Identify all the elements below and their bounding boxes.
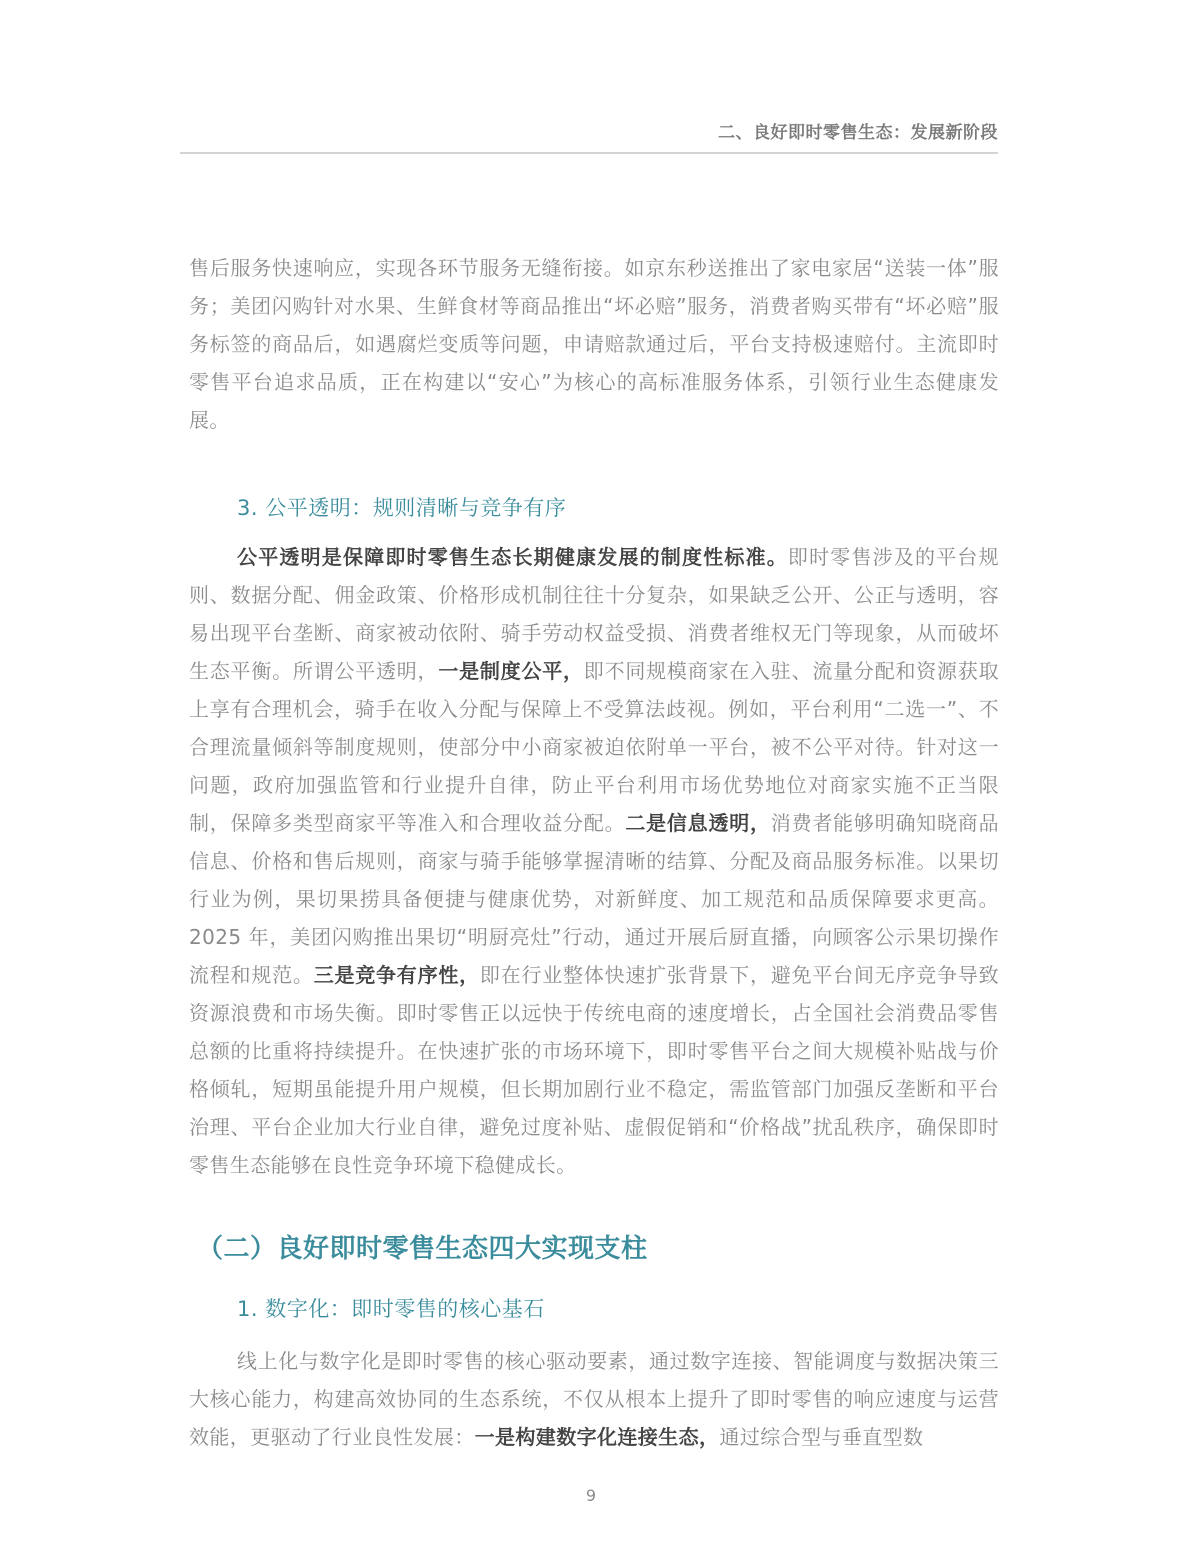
bold-lead-sentence: 公平透明是保障即时零售生态长期健康发展的制度性标准。	[237, 545, 788, 569]
paragraph-after-sales: 售后服务快速响应，实现各环节服务无缝衔接。如京东秒送推出了家电家居“送装一体”服…	[189, 249, 999, 439]
page-number: 9	[0, 1486, 1182, 1505]
paragraph-fairness: 公平透明是保障即时零售生态长期健康发展的制度性标准。即时零售涉及的平台规则、数据…	[189, 538, 999, 1184]
bold-point-one: 一是制度公平，	[438, 659, 583, 683]
header-divider	[180, 152, 998, 154]
bold-point-two: 二是信息透明，	[625, 811, 770, 835]
paragraph-text: 即不同规模商家在入驻、流量分配和资源获取上享有合理机会，骑手在收入分配与保障上不…	[189, 659, 999, 835]
bold-point-one: 一是构建数字化连接生态，	[475, 1425, 720, 1449]
section-heading-fairness: 3. 公平透明：规则清晰与竞争有序	[237, 492, 566, 522]
paragraph-text: 通过综合型与垂直型数	[719, 1425, 923, 1449]
paragraph-digitalization: 线上化与数字化是即时零售的核心驱动要素，通过数字连接、智能调度与数据决策三大核心…	[189, 1342, 999, 1456]
section-heading-digitalization: 1. 数字化：即时零售的核心基石	[237, 1293, 545, 1323]
paragraph-text: 售后服务快速响应，实现各环节服务无缝衔接。如京东秒送推出了家电家居“送装一体”服…	[189, 256, 999, 432]
running-header-title: 二、良好即时零售生态：发展新阶段	[718, 118, 998, 143]
bold-point-three: 三是竞争有序性，	[314, 963, 480, 987]
chapter-heading-pillars: （二）良好即时零售生态四大实现支柱	[197, 1228, 648, 1265]
paragraph-text: 即在行业整体快速扩张背景下，避免平台间无序竞争导致资源浪费和市场失衡。即时零售正…	[189, 963, 999, 1177]
paragraph-text: 消费者能够明确知晓商品信息、价格和售后规则，商家与骑手能够掌握清晰的结算、分配及…	[189, 811, 999, 987]
